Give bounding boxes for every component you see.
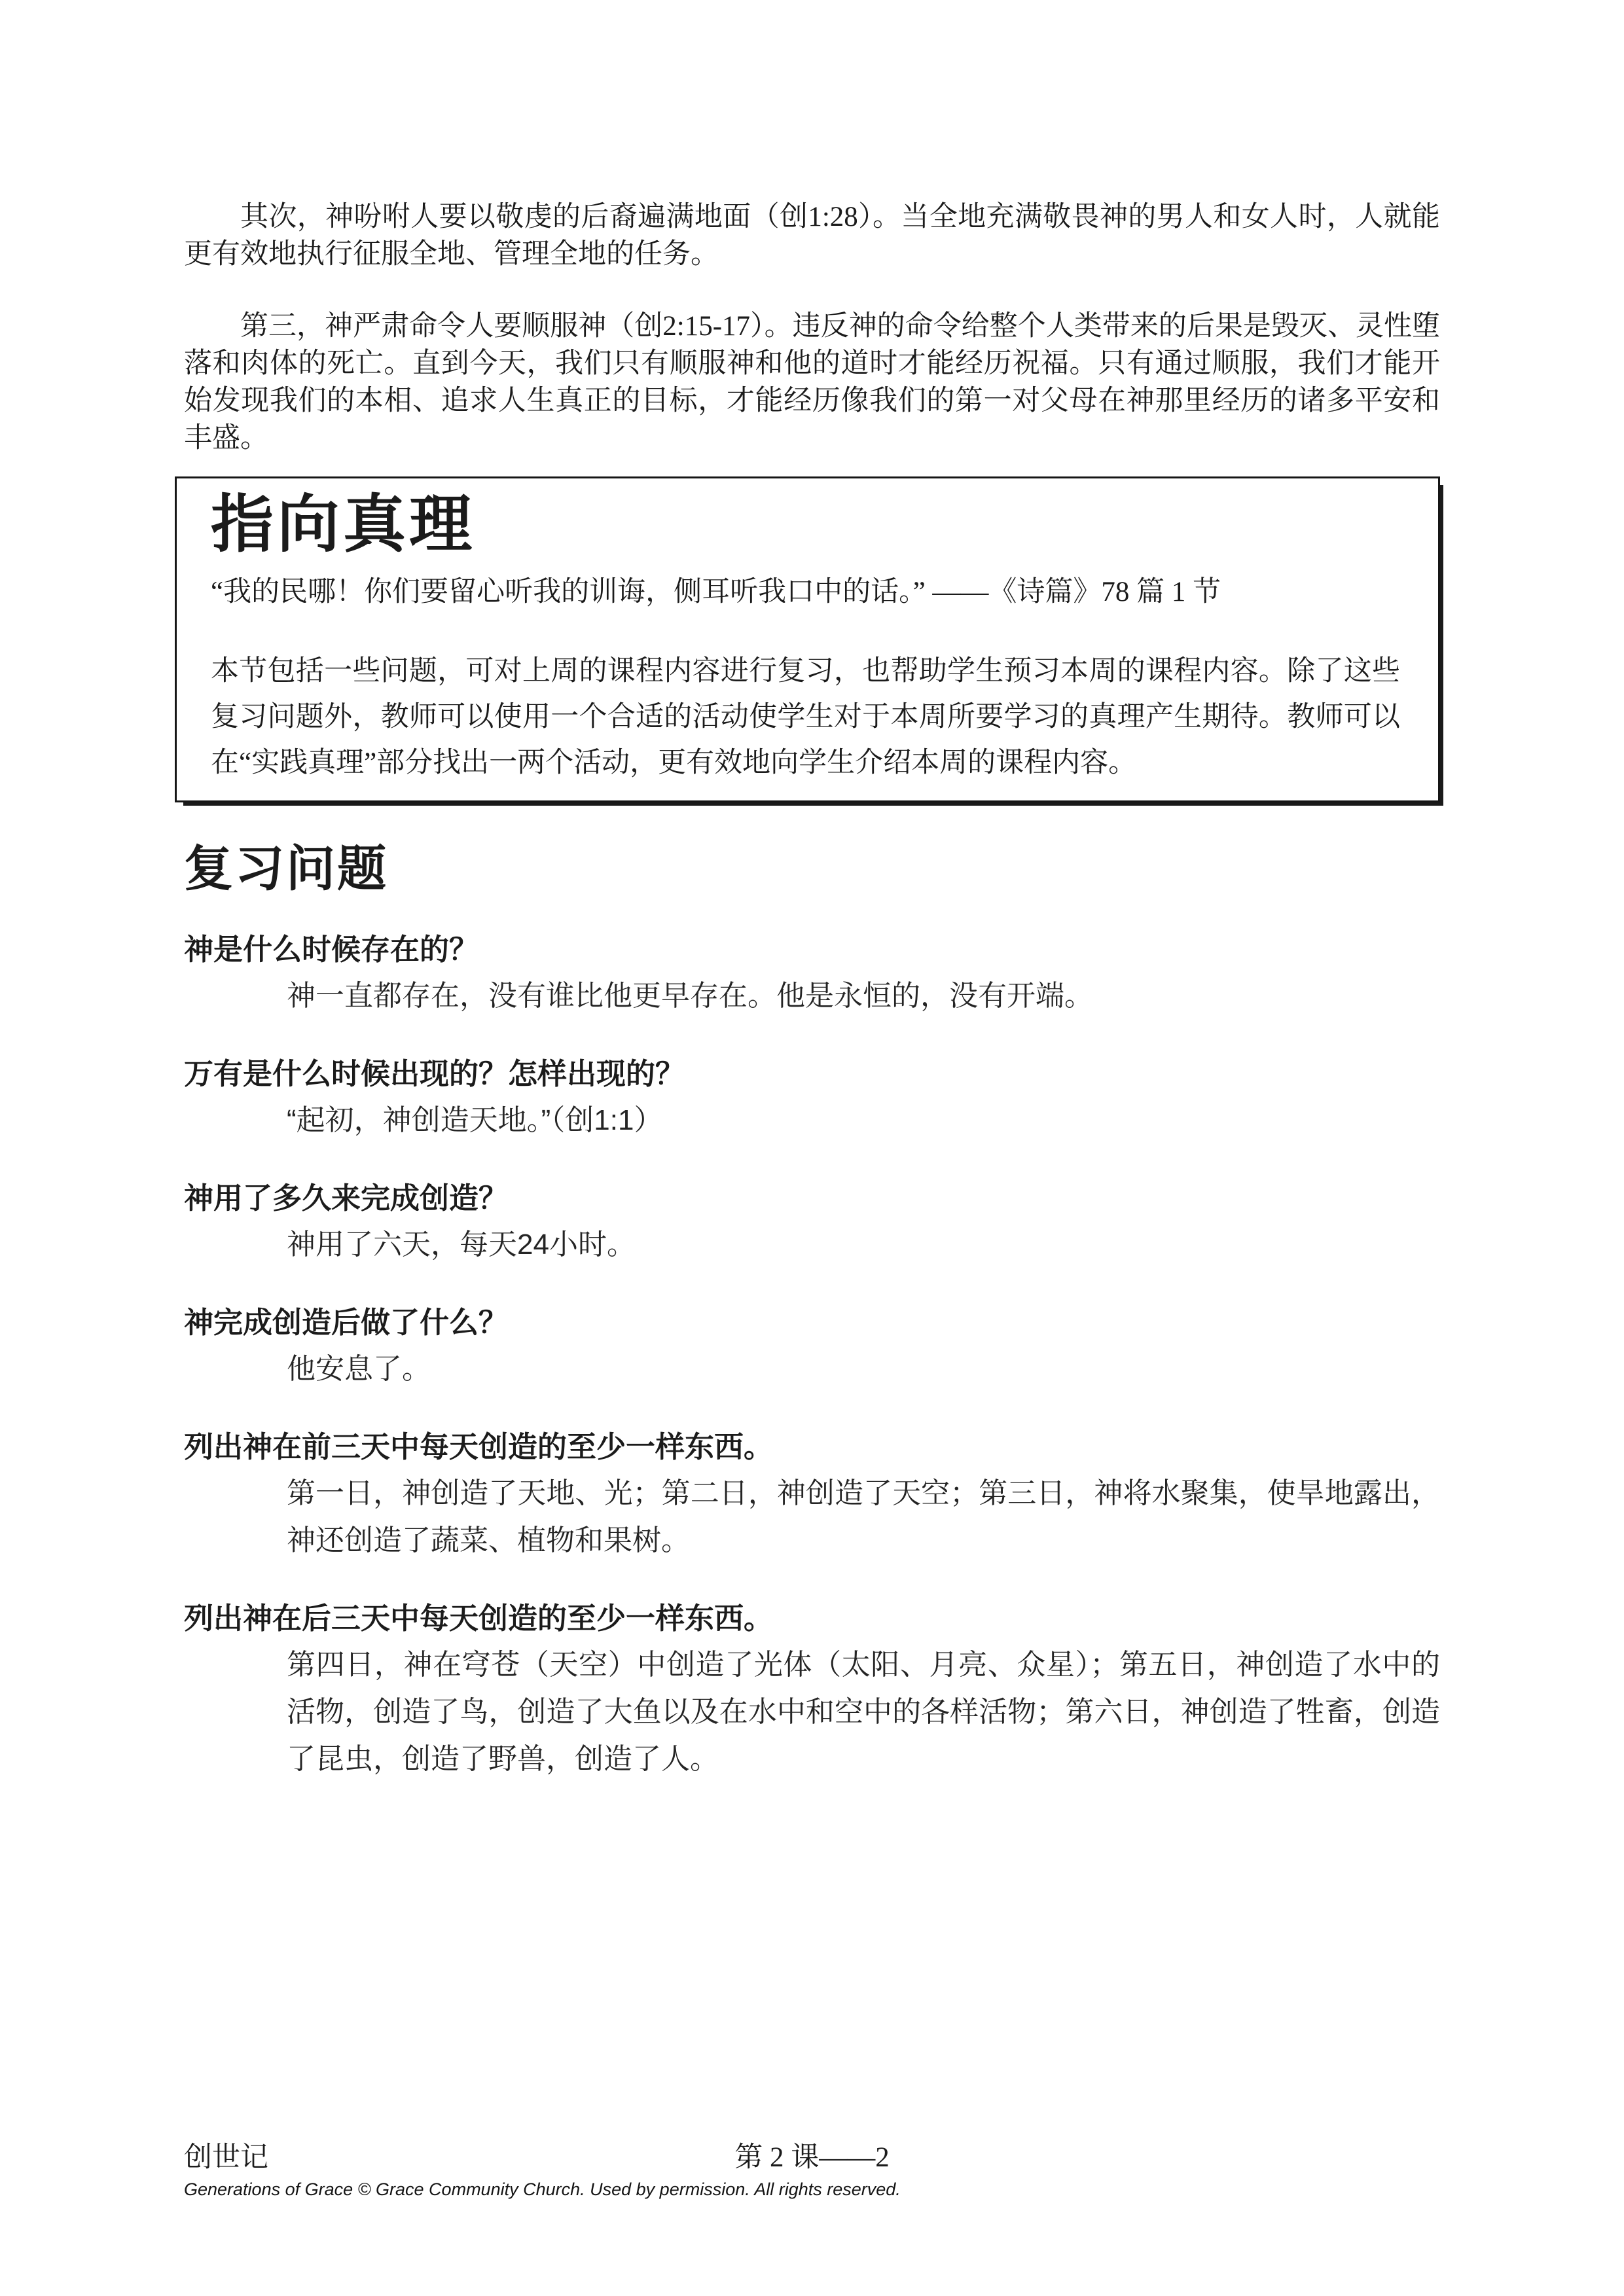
qa-list: 神是什么时候存在的？ 神一直都存在，没有谁比他更早存在。他是永恒的，没有开端。 …	[184, 931, 1440, 1783]
question-text: 万有是什么时候出现的？怎样出现的？	[184, 1055, 1440, 1093]
footer-copyright: Generations of Grace © Grace Community C…	[184, 2178, 1440, 2200]
qa-item: 神是什么时候存在的？ 神一直都存在，没有谁比他更早存在。他是永恒的，没有开端。	[184, 931, 1440, 1020]
qa-item: 列出神在前三天中每天创造的至少一样东西。 第一日，神创造了天地、光；第二日，神创…	[184, 1428, 1440, 1564]
body-paragraph: 第三，神严肃命令人要顺服神（创2:15-17）。违反神的命令给整个人类带来的后果…	[184, 308, 1440, 457]
question-text: 列出神在前三天中每天创造的至少一样东西。	[184, 1428, 1440, 1466]
answer-text: 神一直都存在，没有谁比他更早存在。他是永恒的，没有开端。	[287, 973, 1440, 1020]
qa-item: 神用了多久来完成创造？ 神用了六天，每天24小时。	[184, 1179, 1440, 1268]
footer-page-number: 第 2 课——2	[734, 2139, 890, 2176]
question-text: 列出神在后三天中每天创造的至少一样东西。	[184, 1600, 1440, 1638]
question-text: 神是什么时候存在的？	[184, 931, 1440, 969]
answer-text: 第四日，神在穹苍（天空）中创造了光体（太阳、月亮、众星）；第五日，神创造了水中的…	[287, 1641, 1440, 1783]
answer-text: 他安息了。	[287, 1346, 1440, 1393]
question-text: 神用了多久来完成创造？	[184, 1179, 1440, 1217]
truth-box: 指向真理 “我的民哪！你们要留心听我的训诲，侧耳听我口中的话。” ——《诗篇》7…	[175, 476, 1440, 802]
question-text: 神完成创造后做了什么？	[184, 1304, 1440, 1342]
truth-box-description: 本节包括一些问题，可对上周的课程内容进行复习，也帮助学生预习本周的课程内容。除了…	[211, 649, 1400, 786]
qa-item: 神完成创造后做了什么？ 他安息了。	[184, 1304, 1440, 1393]
truth-box-title: 指向真理	[211, 486, 1400, 563]
answer-text: “起初，神创造天地。”（创1:1）	[287, 1097, 1440, 1144]
lesson-document-page: 其次，神吩咐人要以敬虔的后裔遍满地面（创1:28）。当全地充满敬畏神的男人和女人…	[0, 0, 1624, 2296]
answer-text: 第一日，神创造了天地、光；第二日，神创造了天空；第三日，神将水聚集，使旱地露出，…	[287, 1470, 1440, 1564]
footer-book-title: 创世记	[184, 2142, 268, 2173]
answer-text: 神用了六天，每天24小时。	[287, 1221, 1440, 1268]
review-questions-heading: 复习问题	[184, 840, 1440, 899]
footer-row: 创世记 第 2 课——2	[184, 2139, 1440, 2176]
qa-item: 万有是什么时候出现的？怎样出现的？ “起初，神创造天地。”（创1:1）	[184, 1055, 1440, 1144]
qa-item: 列出神在后三天中每天创造的至少一样东西。 第四日，神在穹苍（天空）中创造了光体（…	[184, 1600, 1440, 1783]
scripture-quote: “我的民哪！你们要留心听我的训诲，侧耳听我口中的话。” ——《诗篇》78 篇 1…	[211, 573, 1400, 611]
page-footer: 创世记 第 2 课——2 Generations of Grace © Grac…	[184, 2139, 1440, 2200]
body-paragraph: 其次，神吩咐人要以敬虔的后裔遍满地面（创1:28）。当全地充满敬畏神的男人和女人…	[184, 198, 1440, 273]
